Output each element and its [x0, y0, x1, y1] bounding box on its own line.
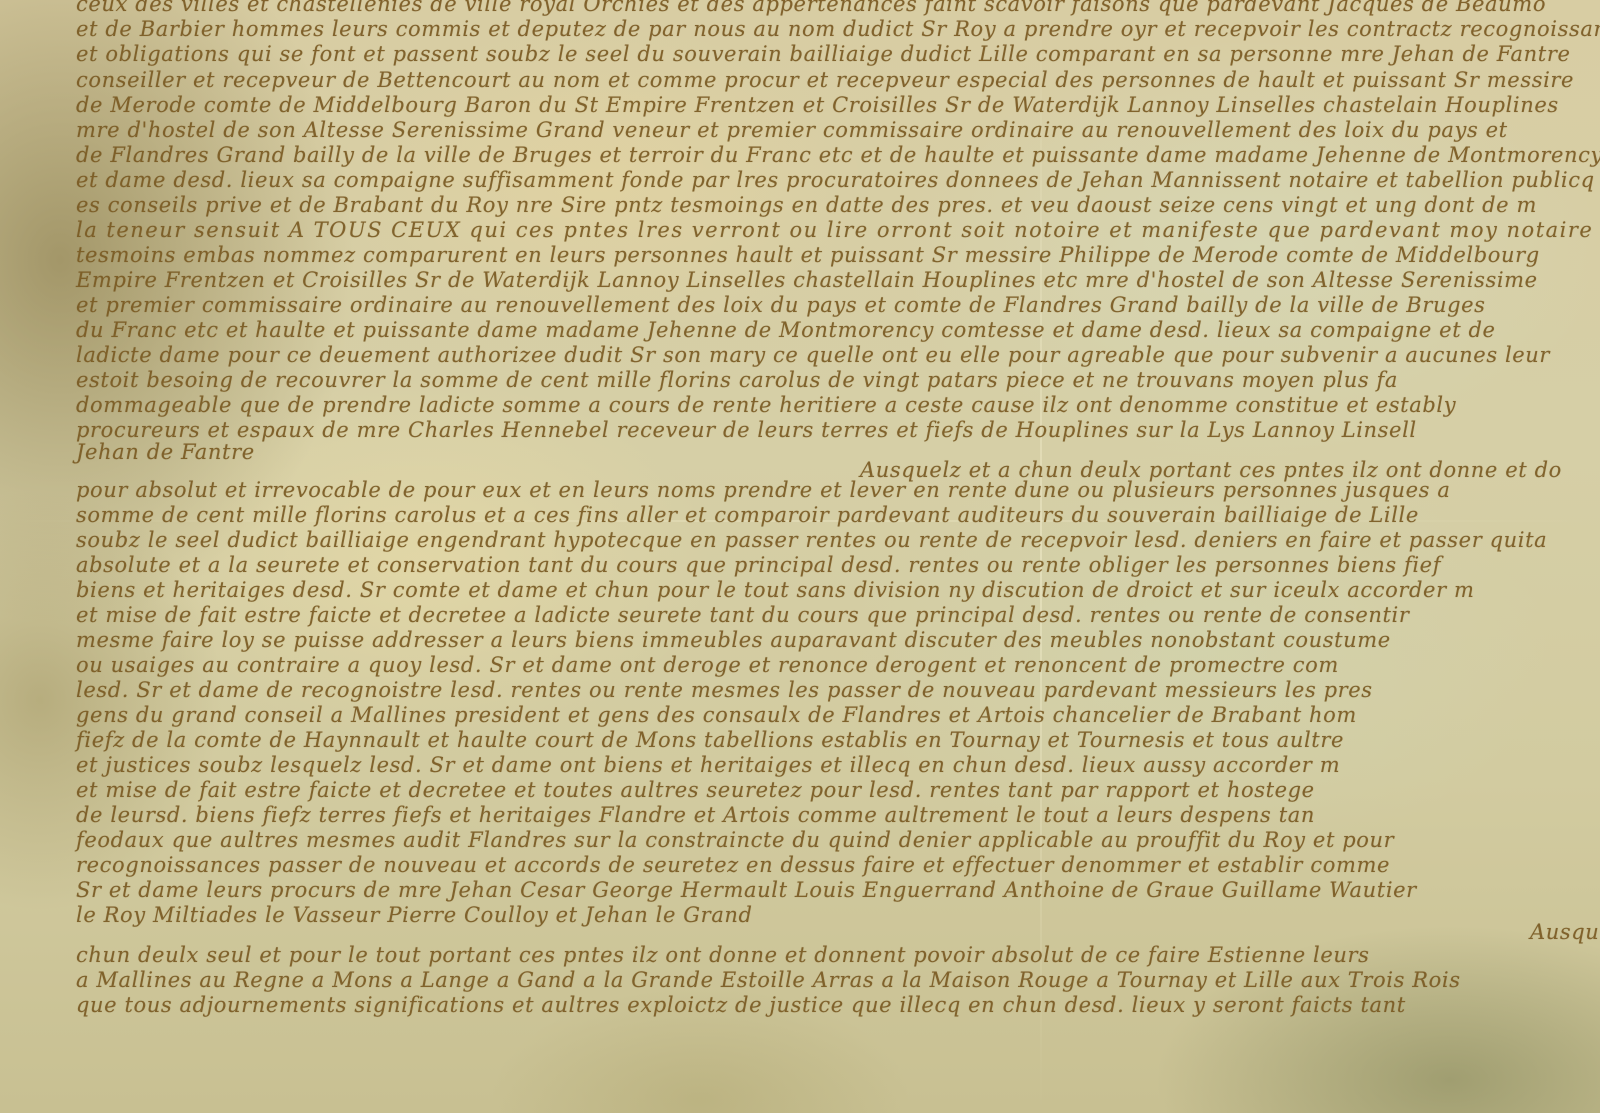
manuscript-line: feodaux que aultres mesmes audit Flandre… — [76, 828, 1394, 852]
manuscript-line: procureurs et espaux de mre Charles Henn… — [76, 418, 1417, 442]
manuscript-line: Empire Frentzen et Croisilles Sr de Wate… — [76, 268, 1538, 292]
manuscript-line: et dame desd. lieux sa compaigne suffisa… — [76, 168, 1595, 192]
manuscript-line: et de Barbier hommes leurs commis et dep… — [76, 17, 1600, 41]
manuscript-line: pour absolut et irrevocable de pour eux … — [76, 478, 1450, 502]
manuscript-line: gens du grand conseil a Mallines preside… — [76, 703, 1357, 727]
manuscript-line: ou usaiges au contraire a quoy lesd. Sr … — [76, 653, 1339, 677]
manuscript-line: fiefz de la comte de Haynnault et haulte… — [76, 728, 1344, 752]
manuscript-line: es conseils prive et de Brabant du Roy n… — [76, 193, 1537, 217]
manuscript-line: somme de cent mille florins carolus et a… — [76, 503, 1419, 527]
manuscript-line: de Merode comte de Middelbourg Baron du … — [76, 93, 1559, 117]
manuscript-line: mesme faire loy se puisse addresser a le… — [76, 628, 1391, 652]
manuscript-line: du Franc etc et haulte et puissante dame… — [76, 318, 1496, 342]
manuscript-line: et obligations qui se font et passent so… — [76, 42, 1571, 66]
manuscript-line: conseiller et recepveur de Bettencourt a… — [76, 68, 1574, 92]
manuscript-line: lesd. Sr et dame de recognoistre lesd. r… — [76, 678, 1373, 702]
manuscript-line: tesmoins embas nommez comparurent en leu… — [76, 243, 1540, 267]
manuscript-line: que tous adjournements significations et… — [76, 993, 1406, 1017]
manuscript-page: ceux des villes et chastellenies de vill… — [0, 0, 1600, 1113]
manuscript-line: Sr et dame leurs procurs de mre Jehan Ce… — [76, 878, 1417, 902]
manuscript-line: recognoissances passer de nouveau et acc… — [76, 853, 1390, 877]
manuscript-line: estoit besoing de recouvrer la somme de … — [76, 368, 1398, 392]
manuscript-line: chun deulx seul et pour le tout portant … — [76, 943, 1370, 967]
manuscript-line: ceux des villes et chastellenies de vill… — [76, 0, 1546, 16]
manuscript-line: de leursd. biens fiefz terres fiefs et h… — [76, 803, 1315, 827]
manuscript-line: absolute et a la seurete et conservation… — [76, 553, 1441, 577]
manuscript-line: Jehan de Fantre — [76, 440, 255, 464]
manuscript-line: de Flandres Grand bailly de la ville de … — [76, 143, 1600, 167]
manuscript-line: et justices soubz lesquelz lesd. Sr et d… — [76, 753, 1340, 777]
manuscript-line: le Roy Miltiades le Vasseur Pierre Coull… — [76, 903, 753, 927]
manuscript-line: dommageable que de prendre ladicte somme… — [76, 393, 1456, 417]
manuscript-line: soubz le seel dudict bailliaige engendra… — [76, 528, 1547, 552]
manuscript-line: et mise de fait estre faicte et decretee… — [76, 603, 1409, 627]
manuscript-line: et premier commissaire ordinaire au reno… — [76, 293, 1486, 317]
manuscript-line: la teneur sensuit A TOUS CEUX qui ces pn… — [76, 218, 1600, 242]
manuscript-line: mre d'hostel de son Altesse Serenissime … — [76, 118, 1508, 142]
manuscript-line: Ausqu — [1530, 920, 1599, 944]
manuscript-line: ladicte dame pour ce deuement authorizee… — [76, 343, 1550, 367]
manuscript-line: biens et heritaiges desd. Sr comte et da… — [76, 578, 1475, 602]
manuscript-line: et mise de fait estre faicte et decretee… — [76, 778, 1315, 802]
manuscript-line: a Mallines au Regne a Mons a Lange a Gan… — [76, 968, 1461, 992]
